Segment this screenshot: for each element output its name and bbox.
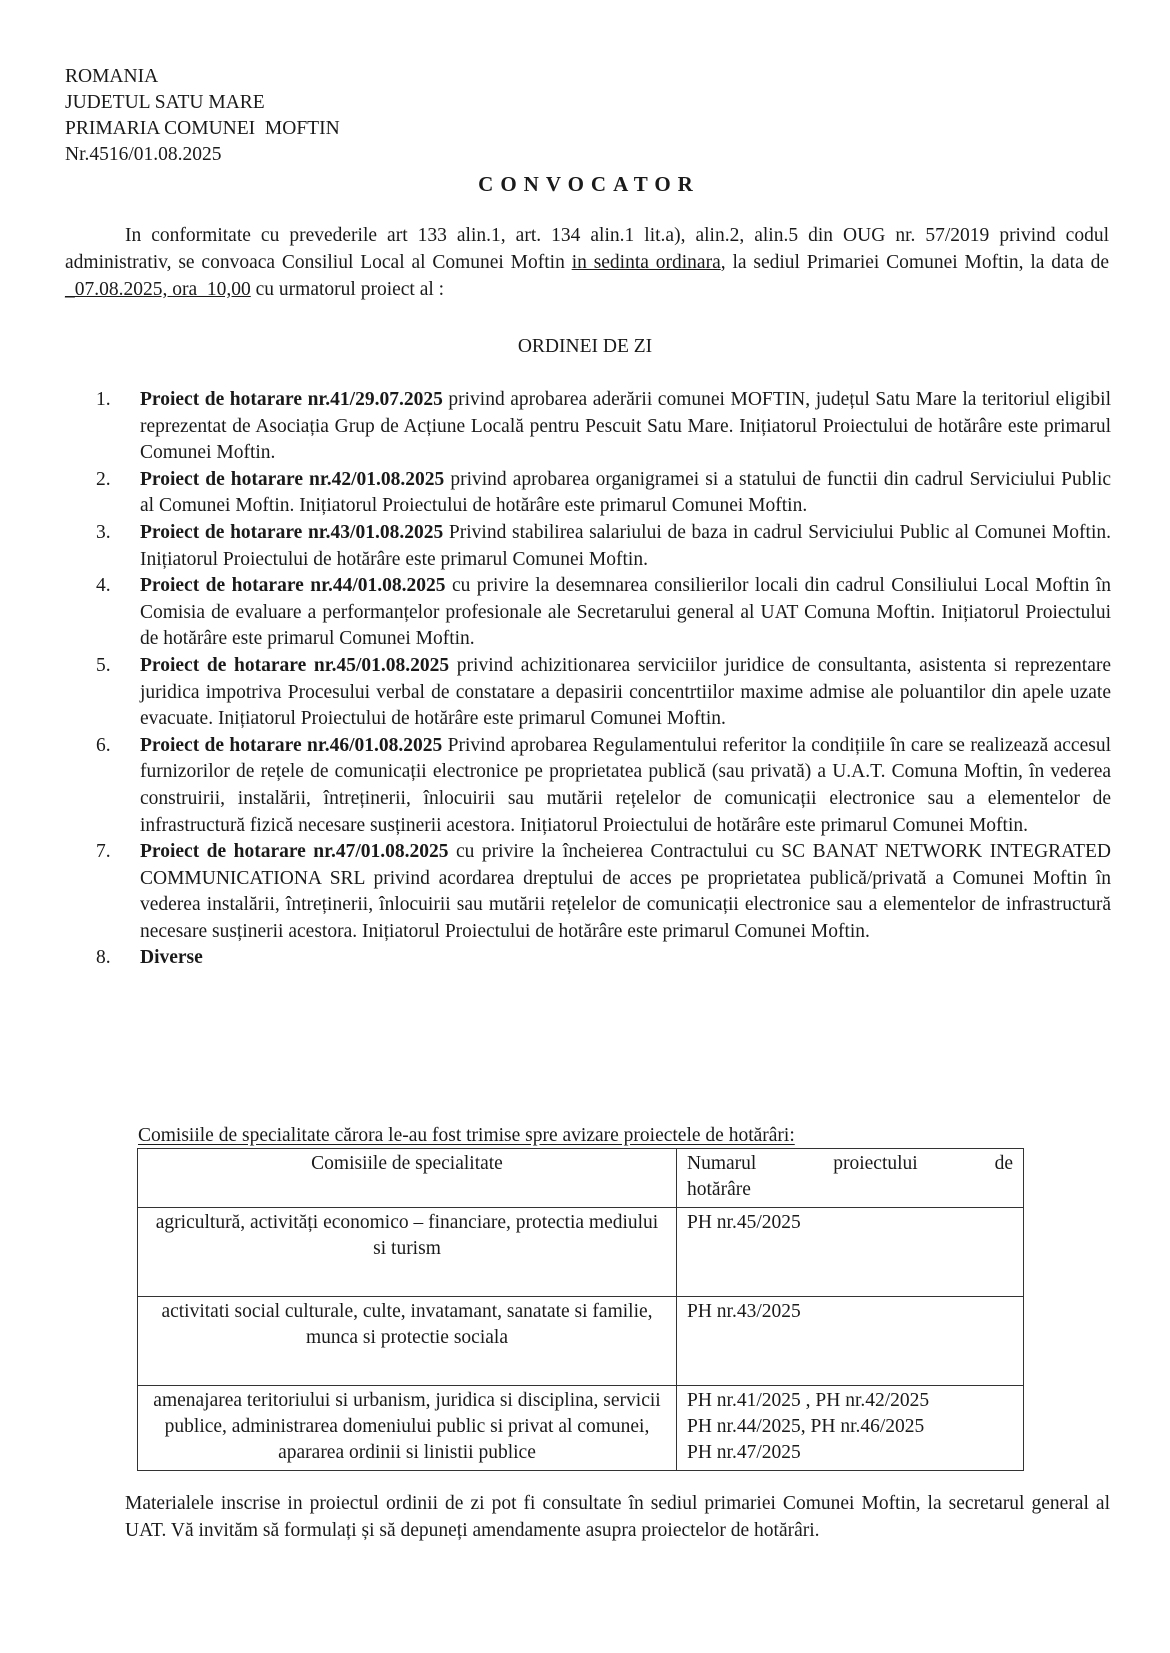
agenda-item-project: Proiect de hotarare nr.43/01.08.2025	[140, 522, 443, 543]
committee-projects: PH nr.41/2025 , PH nr.42/2025 PH nr.44/2…	[677, 1386, 1024, 1471]
committees-table: Comisiile de specialitate Numarul proiec…	[137, 1148, 1024, 1471]
header-institution: PRIMARIA COMUNEI MOFTIN	[65, 116, 340, 142]
agenda-item-number: 3.	[96, 520, 111, 547]
header-country: ROMANIA	[65, 64, 340, 90]
committee-name: agricultură, activități economico – fina…	[138, 1208, 677, 1297]
agenda-item: 6.Proiect de hotarare nr.46/01.08.2025 P…	[96, 733, 1111, 839]
table-row: activitati social culturale, culte, inva…	[138, 1297, 1024, 1386]
project-ref: PH nr.47/2025	[687, 1440, 1013, 1466]
document-header: ROMANIA JUDETUL SATU MARE PRIMARIA COMUN…	[65, 64, 340, 168]
committee-projects: PH nr.45/2025	[677, 1208, 1024, 1297]
agenda-item-number: 2.	[96, 467, 111, 494]
document-title: CONVOCATOR	[0, 172, 1170, 197]
session-type: in sedinta ordinara	[572, 252, 721, 273]
agenda-item-number: 6.	[96, 733, 111, 760]
committees-caption: Comisiile de specialitate cărora le-au f…	[138, 1125, 795, 1147]
agenda-item-project: Proiect de hotarare nr.44/01.08.2025	[140, 575, 446, 596]
agenda-item-project: Diverse	[140, 947, 203, 968]
agenda-item-number: 7.	[96, 839, 111, 866]
project-ref: PH nr.41/2025 , PH nr.42/2025	[687, 1388, 1013, 1414]
project-ref: PH nr.45/2025	[687, 1210, 1013, 1236]
header-project-number: Numarul proiectului de hotărâre	[677, 1149, 1024, 1208]
committee-projects: PH nr.43/2025	[677, 1297, 1024, 1386]
agenda-title: ORDINEI DE ZI	[0, 336, 1170, 358]
agenda-item: 5.Proiect de hotarare nr.45/01.08.2025 p…	[96, 653, 1111, 733]
table-row: agricultură, activități economico – fina…	[138, 1208, 1024, 1297]
registration-number: Nr.4516/01.08.2025	[65, 142, 340, 168]
closing-paragraph: Materialele inscrise in proiectul ordini…	[125, 1490, 1110, 1544]
agenda-item-project: Proiect de hotarare nr.42/01.08.2025	[140, 469, 444, 490]
agenda-item-project: Proiect de hotarare nr.41/29.07.2025	[140, 389, 443, 410]
agenda-item: 1.Proiect de hotarare nr.41/29.07.2025 p…	[96, 387, 1111, 467]
agenda-item-number: 1.	[96, 387, 111, 414]
header-word: de	[995, 1151, 1013, 1177]
agenda-item: 3.Proiect de hotarare nr.43/01.08.2025 P…	[96, 520, 1111, 573]
agenda-list: 1.Proiect de hotarare nr.41/29.07.2025 p…	[96, 387, 1111, 972]
project-ref: PH nr.44/2025, PH nr.46/2025	[687, 1414, 1013, 1440]
meeting-datetime: _07.08.2025, ora 10,00	[65, 279, 251, 300]
project-ref: PH nr.43/2025	[687, 1299, 1013, 1325]
committees-caption-text: Comisiile de specialitate cărora le-au f…	[138, 1125, 795, 1146]
agenda-item: 8.Diverse	[96, 945, 1111, 972]
table-row: amenajarea teritoriului si urbanism, jur…	[138, 1386, 1024, 1471]
header-word: proiectului	[833, 1151, 917, 1177]
table-header-row: Comisiile de specialitate Numarul proiec…	[138, 1149, 1024, 1208]
agenda-item: 7.Proiect de hotarare nr.47/01.08.2025 c…	[96, 839, 1111, 945]
agenda-item: 2.Proiect de hotarare nr.42/01.08.2025 p…	[96, 467, 1111, 520]
header-committee: Comisiile de specialitate	[138, 1149, 677, 1208]
intro-part2: , la sediul Primariei Comunei Moftin, la…	[721, 252, 1109, 273]
header-county: JUDETUL SATU MARE	[65, 90, 340, 116]
agenda-item-number: 4.	[96, 573, 111, 600]
committee-name: activitati social culturale, culte, inva…	[138, 1297, 677, 1386]
agenda-item-project: Proiect de hotarare nr.47/01.08.2025	[140, 841, 449, 862]
title-text: CONVOCATOR	[478, 172, 700, 197]
agenda-item-number: 8.	[96, 945, 111, 972]
committee-name: amenajarea teritoriului si urbanism, jur…	[138, 1386, 677, 1471]
agenda-item-project: Proiect de hotarare nr.46/01.08.2025	[140, 735, 442, 756]
document-page: ROMANIA JUDETUL SATU MARE PRIMARIA COMUN…	[0, 0, 1170, 1653]
agenda-item: 4.Proiect de hotarare nr.44/01.08.2025 c…	[96, 573, 1111, 653]
header-word: Numarul	[687, 1151, 756, 1177]
agenda-item-project: Proiect de hotarare nr.45/01.08.2025	[140, 655, 449, 676]
agenda-item-number: 5.	[96, 653, 111, 680]
intro-paragraph: In conformitate cu prevederile art 133 a…	[65, 222, 1109, 303]
header-word: hotărâre	[687, 1177, 1013, 1203]
intro-part3: cu urmatorul proiect al :	[251, 279, 444, 300]
